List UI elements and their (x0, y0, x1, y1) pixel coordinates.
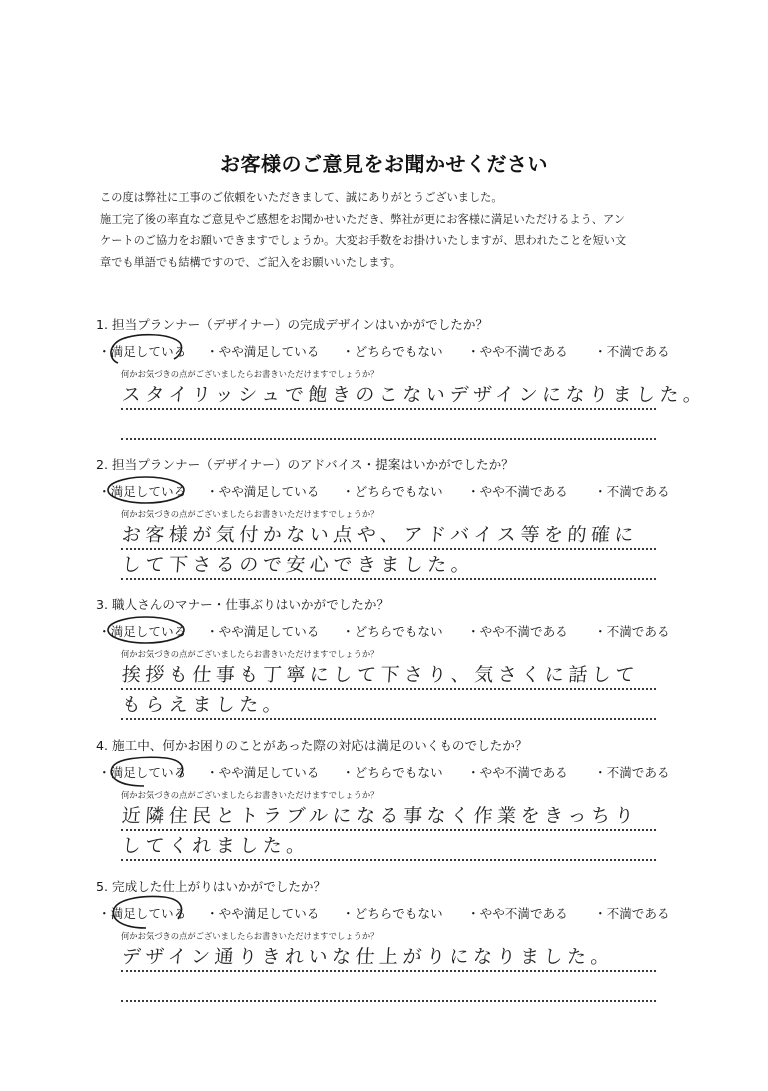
intro-line: 施工完了後の率直なご意見やご感想をお聞かせいただき、弊社が更にお客様に満足いただ… (100, 209, 670, 231)
answer-line-2[interactable]: して下さるので安心できました。 (121, 550, 656, 580)
question-section-1: 1. 担当プランナー（デザイナー）の完成デザインはいかがでしたか？ ・満足してい… (96, 315, 666, 440)
intro-line: 章でも単語でも結構ですので、ご記入をお願いいたします。 (100, 252, 670, 274)
question-section-5: 5. 完成した仕上がりはいかがでしたか？ ・満足している ・やや満足している ・… (96, 877, 666, 1002)
question-section-2: 2. 担当プランナー（デザイナー）のアドバイス・提案はいかがでしたか？ ・満足し… (96, 455, 666, 580)
option-somewhat-satisfied[interactable]: ・やや満足している (206, 342, 319, 362)
rating-options: ・満足している ・やや満足している ・どちらでもない ・やや不満である ・不満で… (96, 342, 666, 362)
comment-hint: 何かお気づきの点がございましたらお書きいただけますでしょうか？ (121, 648, 666, 660)
option-neutral[interactable]: ・どちらでもない (342, 904, 443, 924)
question-text: 5. 完成した仕上がりはいかがでしたか？ (96, 877, 666, 897)
answer-line-1[interactable]: 挨拶も仕事も丁寧にして下さり、気さくに話して (121, 660, 656, 690)
option-dissatisfied[interactable]: ・不満である (594, 482, 670, 502)
comment-hint: 何かお気づきの点がございましたらお書きいただけますでしょうか？ (121, 368, 666, 380)
question-section-3: 3. 職人さんのマナー・仕事ぶりはいかがでしたか？ ・満足している ・やや満足し… (96, 595, 666, 720)
option-dissatisfied[interactable]: ・不満である (594, 342, 670, 362)
option-neutral[interactable]: ・どちらでもない (342, 622, 443, 642)
handwritten-answer: 挨拶も仕事も丁寧にして下さり、気さくに話して (121, 660, 640, 687)
option-neutral[interactable]: ・どちらでもない (342, 763, 443, 783)
comment-hint: 何かお気づきの点がございましたらお書きいただけますでしょうか？ (121, 930, 666, 942)
option-neutral[interactable]: ・どちらでもない (342, 342, 443, 362)
option-satisfied[interactable]: ・満足している (98, 904, 186, 924)
handwritten-answer: もらえました。 (121, 690, 287, 717)
answer-line-1[interactable]: お客様が気付かない点や、アドバイス等を的確に (121, 520, 656, 550)
option-somewhat-dissatisfied[interactable]: ・やや不満である (467, 904, 568, 924)
question-section-4: 4. 施工中、何かお困りのことがあった際の対応は満足のいくものでしたか？ ・満足… (96, 736, 666, 861)
answer-line-2[interactable]: もらえました。 (121, 690, 656, 720)
rating-options: ・満足している ・やや満足している ・どちらでもない ・やや不満である ・不満で… (96, 482, 666, 502)
intro-line: ケートのご協力をお願いできますでしょうか。大変お手数をお掛けいたしますが、思われ… (100, 230, 670, 252)
option-satisfied[interactable]: ・満足している (98, 482, 186, 502)
option-somewhat-dissatisfied[interactable]: ・やや不満である (467, 342, 568, 362)
intro-paragraph: この度は弊社に工事のご依頼をいただきまして、誠にありがとうございました。 施工完… (100, 187, 670, 273)
question-text: 3. 職人さんのマナー・仕事ぶりはいかがでしたか？ (96, 595, 666, 615)
question-text: 4. 施工中、何かお困りのことがあった際の対応は満足のいくものでしたか？ (96, 736, 666, 756)
option-dissatisfied[interactable]: ・不満である (594, 763, 670, 783)
option-somewhat-dissatisfied[interactable]: ・やや不満である (467, 763, 568, 783)
rating-options: ・満足している ・やや満足している ・どちらでもない ・やや不満である ・不満で… (96, 622, 666, 642)
option-satisfied[interactable]: ・満足している (98, 342, 186, 362)
option-somewhat-satisfied[interactable]: ・やや満足している (206, 622, 319, 642)
answer-line-1[interactable]: 近隣住民とトラブルになる事なく作業をきっちり (121, 801, 656, 831)
question-text: 2. 担当プランナー（デザイナー）のアドバイス・提案はいかがでしたか？ (96, 455, 666, 475)
option-dissatisfied[interactable]: ・不満である (594, 904, 670, 924)
answer-line-2[interactable]: してくれました。 (121, 831, 656, 861)
option-somewhat-satisfied[interactable]: ・やや満足している (206, 763, 319, 783)
handwritten-answer: して下さるので安心できました。 (121, 550, 475, 577)
handwritten-answer: デザイン通りきれいな仕上がりになりました。 (121, 942, 615, 969)
option-dissatisfied[interactable]: ・不満である (594, 622, 670, 642)
answer-line-1[interactable]: スタイリッシュで飽きのこないデザインになりました。 (121, 380, 656, 410)
page-title: お客様のご意見をお聞かせください (0, 148, 768, 177)
option-somewhat-satisfied[interactable]: ・やや満足している (206, 482, 319, 502)
option-satisfied[interactable]: ・満足している (98, 622, 186, 642)
option-neutral[interactable]: ・どちらでもない (342, 482, 443, 502)
handwritten-answer: してくれました。 (121, 831, 311, 858)
comment-hint: 何かお気づきの点がございましたらお書きいただけますでしょうか？ (121, 508, 666, 520)
handwritten-answer: 近隣住民とトラブルになる事なく作業をきっちり (121, 801, 639, 828)
handwritten-answer: お客様が気付かない点や、アドバイス等を的確に (121, 520, 639, 547)
option-somewhat-satisfied[interactable]: ・やや満足している (206, 904, 319, 924)
handwritten-answer: スタイリッシュで飽きのこないデザインになりました。 (121, 380, 708, 407)
answer-line-2[interactable] (121, 410, 656, 440)
option-somewhat-dissatisfied[interactable]: ・やや不満である (467, 482, 568, 502)
option-satisfied[interactable]: ・満足している (98, 763, 186, 783)
rating-options: ・満足している ・やや満足している ・どちらでもない ・やや不満である ・不満で… (96, 763, 666, 783)
answer-line-1[interactable]: デザイン通りきれいな仕上がりになりました。 (121, 942, 656, 972)
comment-hint: 何かお気づきの点がございましたらお書きいただけますでしょうか？ (121, 789, 666, 801)
option-somewhat-dissatisfied[interactable]: ・やや不満である (467, 622, 568, 642)
intro-line: この度は弊社に工事のご依頼をいただきまして、誠にありがとうございました。 (100, 187, 670, 209)
rating-options: ・満足している ・やや満足している ・どちらでもない ・やや不満である ・不満で… (96, 904, 666, 924)
question-text: 1. 担当プランナー（デザイナー）の完成デザインはいかがでしたか？ (96, 315, 666, 335)
answer-line-2[interactable] (121, 972, 656, 1002)
